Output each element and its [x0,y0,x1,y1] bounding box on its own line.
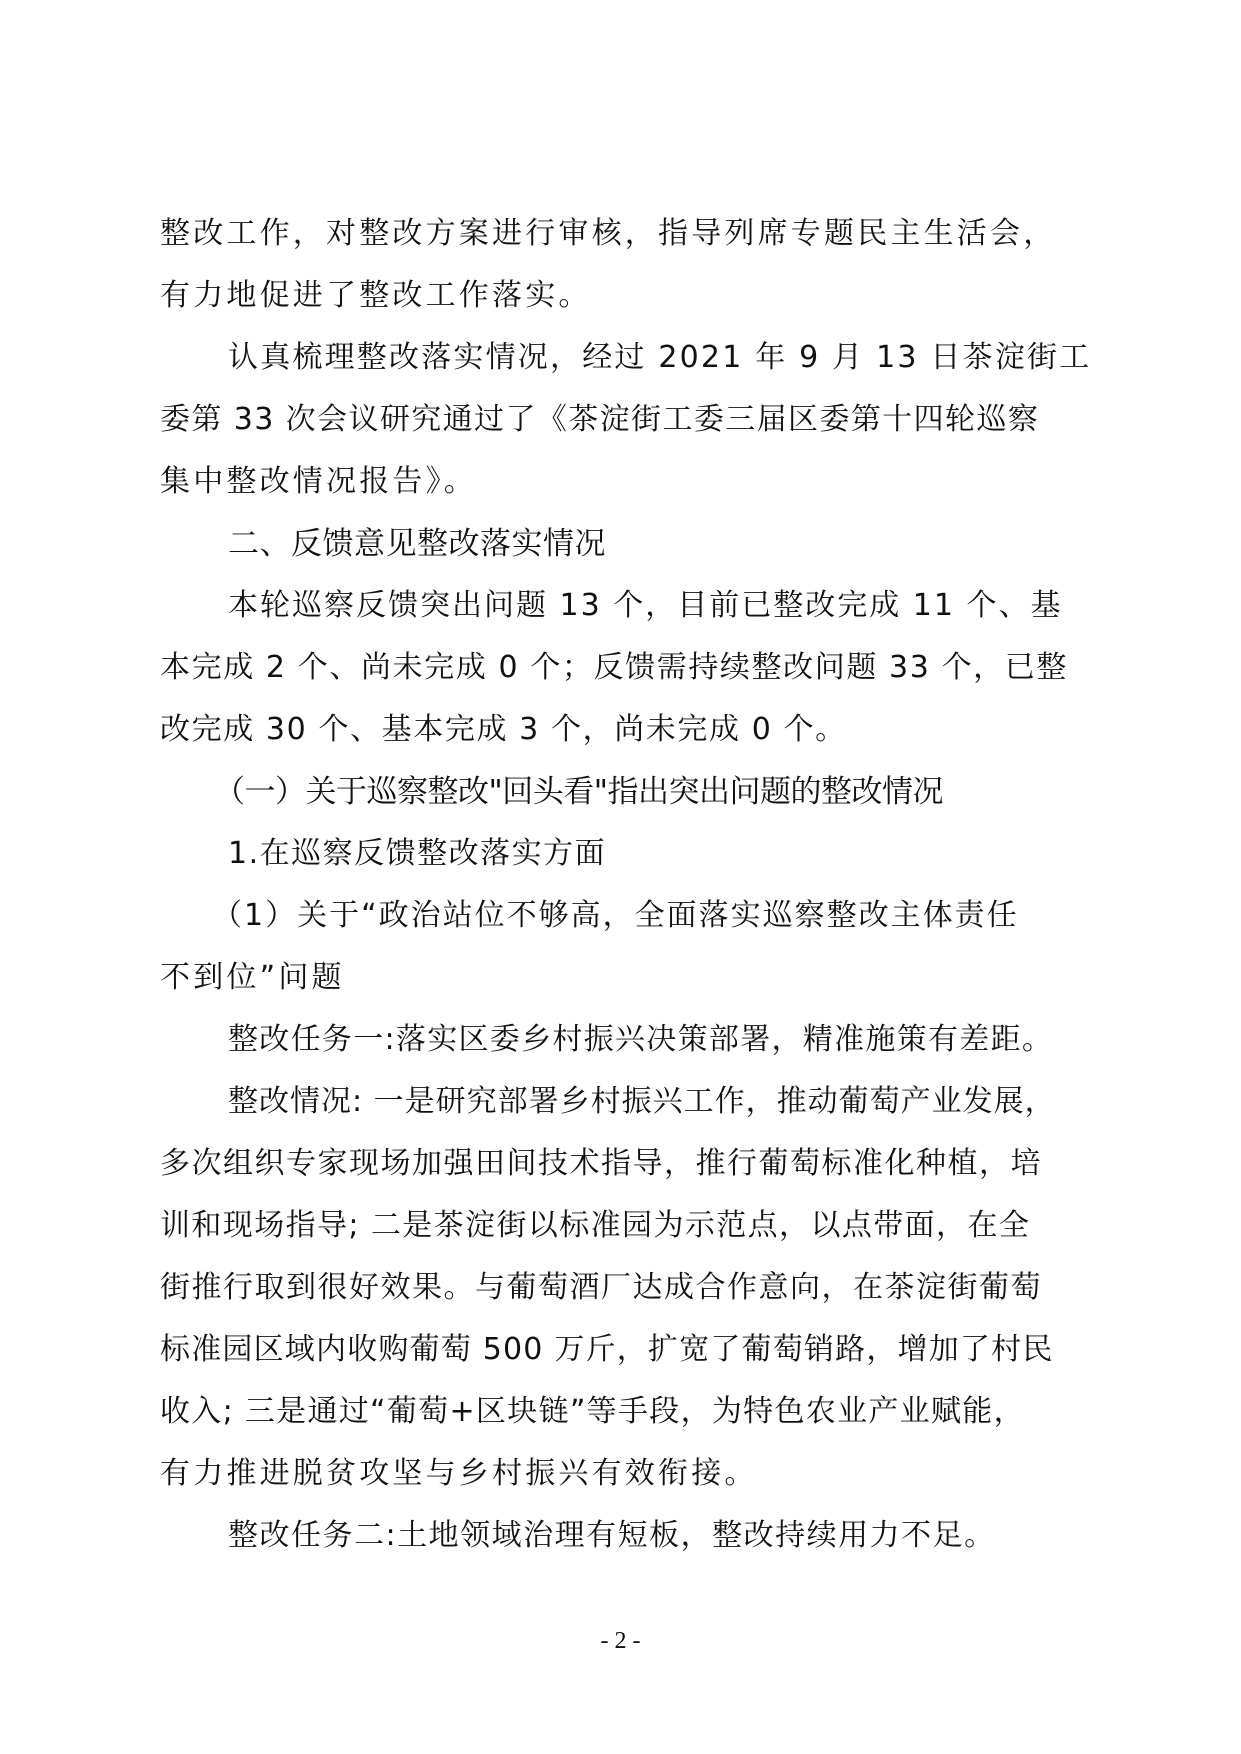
paragraph-line: 有力推进脱贫攻坚与乡村振兴有效衔接。 [160,1454,1080,1494]
subsection-heading: （一）关于巡察整改"回头看"指出突出问题的整改情况 [214,772,1134,812]
paragraph-line: 整改任务一:落实区委乡村振兴决策部署，精准施策有差距。 [228,1020,1148,1060]
paragraph-line: 收入; 三是通过“葡萄+区块链”等手段，为特色农业产业赋能， [160,1392,1080,1432]
paragraph-line: 多次组织专家现场加强田间技术指导，推行葡萄标准化种植，培 [160,1144,1080,1184]
paragraph-line: 集中整改情况报告》。 [160,462,1080,502]
paragraph-line: 本轮巡察反馈突出问题 13 个，目前已整改完成 11 个、基 [228,586,1148,626]
document-page: 整改工作，对整改方案进行审核，指导列席专题民主生活会， 有力地促进了整改工作落实… [0,0,1241,1754]
paragraph-line: （1）关于“政治站位不够高，全面落实巡察整改主体责任 [212,896,1132,936]
paragraph-line: 整改任务二:土地领域治理有短板，整改持续用力不足。 [228,1516,1148,1556]
item-heading: 1.在巡察反馈整改落实方面 [228,834,1148,874]
paragraph-line: 整改情况: 一是研究部署乡村振兴工作，推动葡萄产业发展， [228,1082,1148,1122]
paragraph-line: 改完成 30 个、基本完成 3 个，尚未完成 0 个。 [160,710,1080,750]
paragraph-line: 不到位”问题 [160,958,1080,998]
paragraph-line: 委第 33 次会议研究通过了《茶淀街工委三届区委第十四轮巡察 [160,400,1080,440]
paragraph-line: 标准园区域内收购葡萄 500 万斤，扩宽了葡萄销路，增加了村民 [160,1330,1080,1370]
section-heading: 二、反馈意见整改落实情况 [228,524,1148,564]
paragraph-line: 有力地促进了整改工作落实。 [160,276,1080,316]
paragraph-line: 认真梳理整改落实情况，经过 2021 年 9 月 13 日茶淀街工 [228,338,1148,378]
paragraph-line: 街推行取到很好效果。与葡萄酒厂达成合作意向，在茶淀街葡萄 [160,1268,1080,1308]
paragraph-line: 本完成 2 个、尚未完成 0 个；反馈需持续整改问题 33 个，已整 [160,648,1080,688]
paragraph-line: 训和现场指导; 二是茶淀街以标准园为示范点，以点带面，在全 [160,1206,1080,1246]
paragraph-line: 整改工作，对整改方案进行审核，指导列席专题民主生活会， [160,214,1080,254]
page-number: - 2 - [0,1628,1241,1655]
